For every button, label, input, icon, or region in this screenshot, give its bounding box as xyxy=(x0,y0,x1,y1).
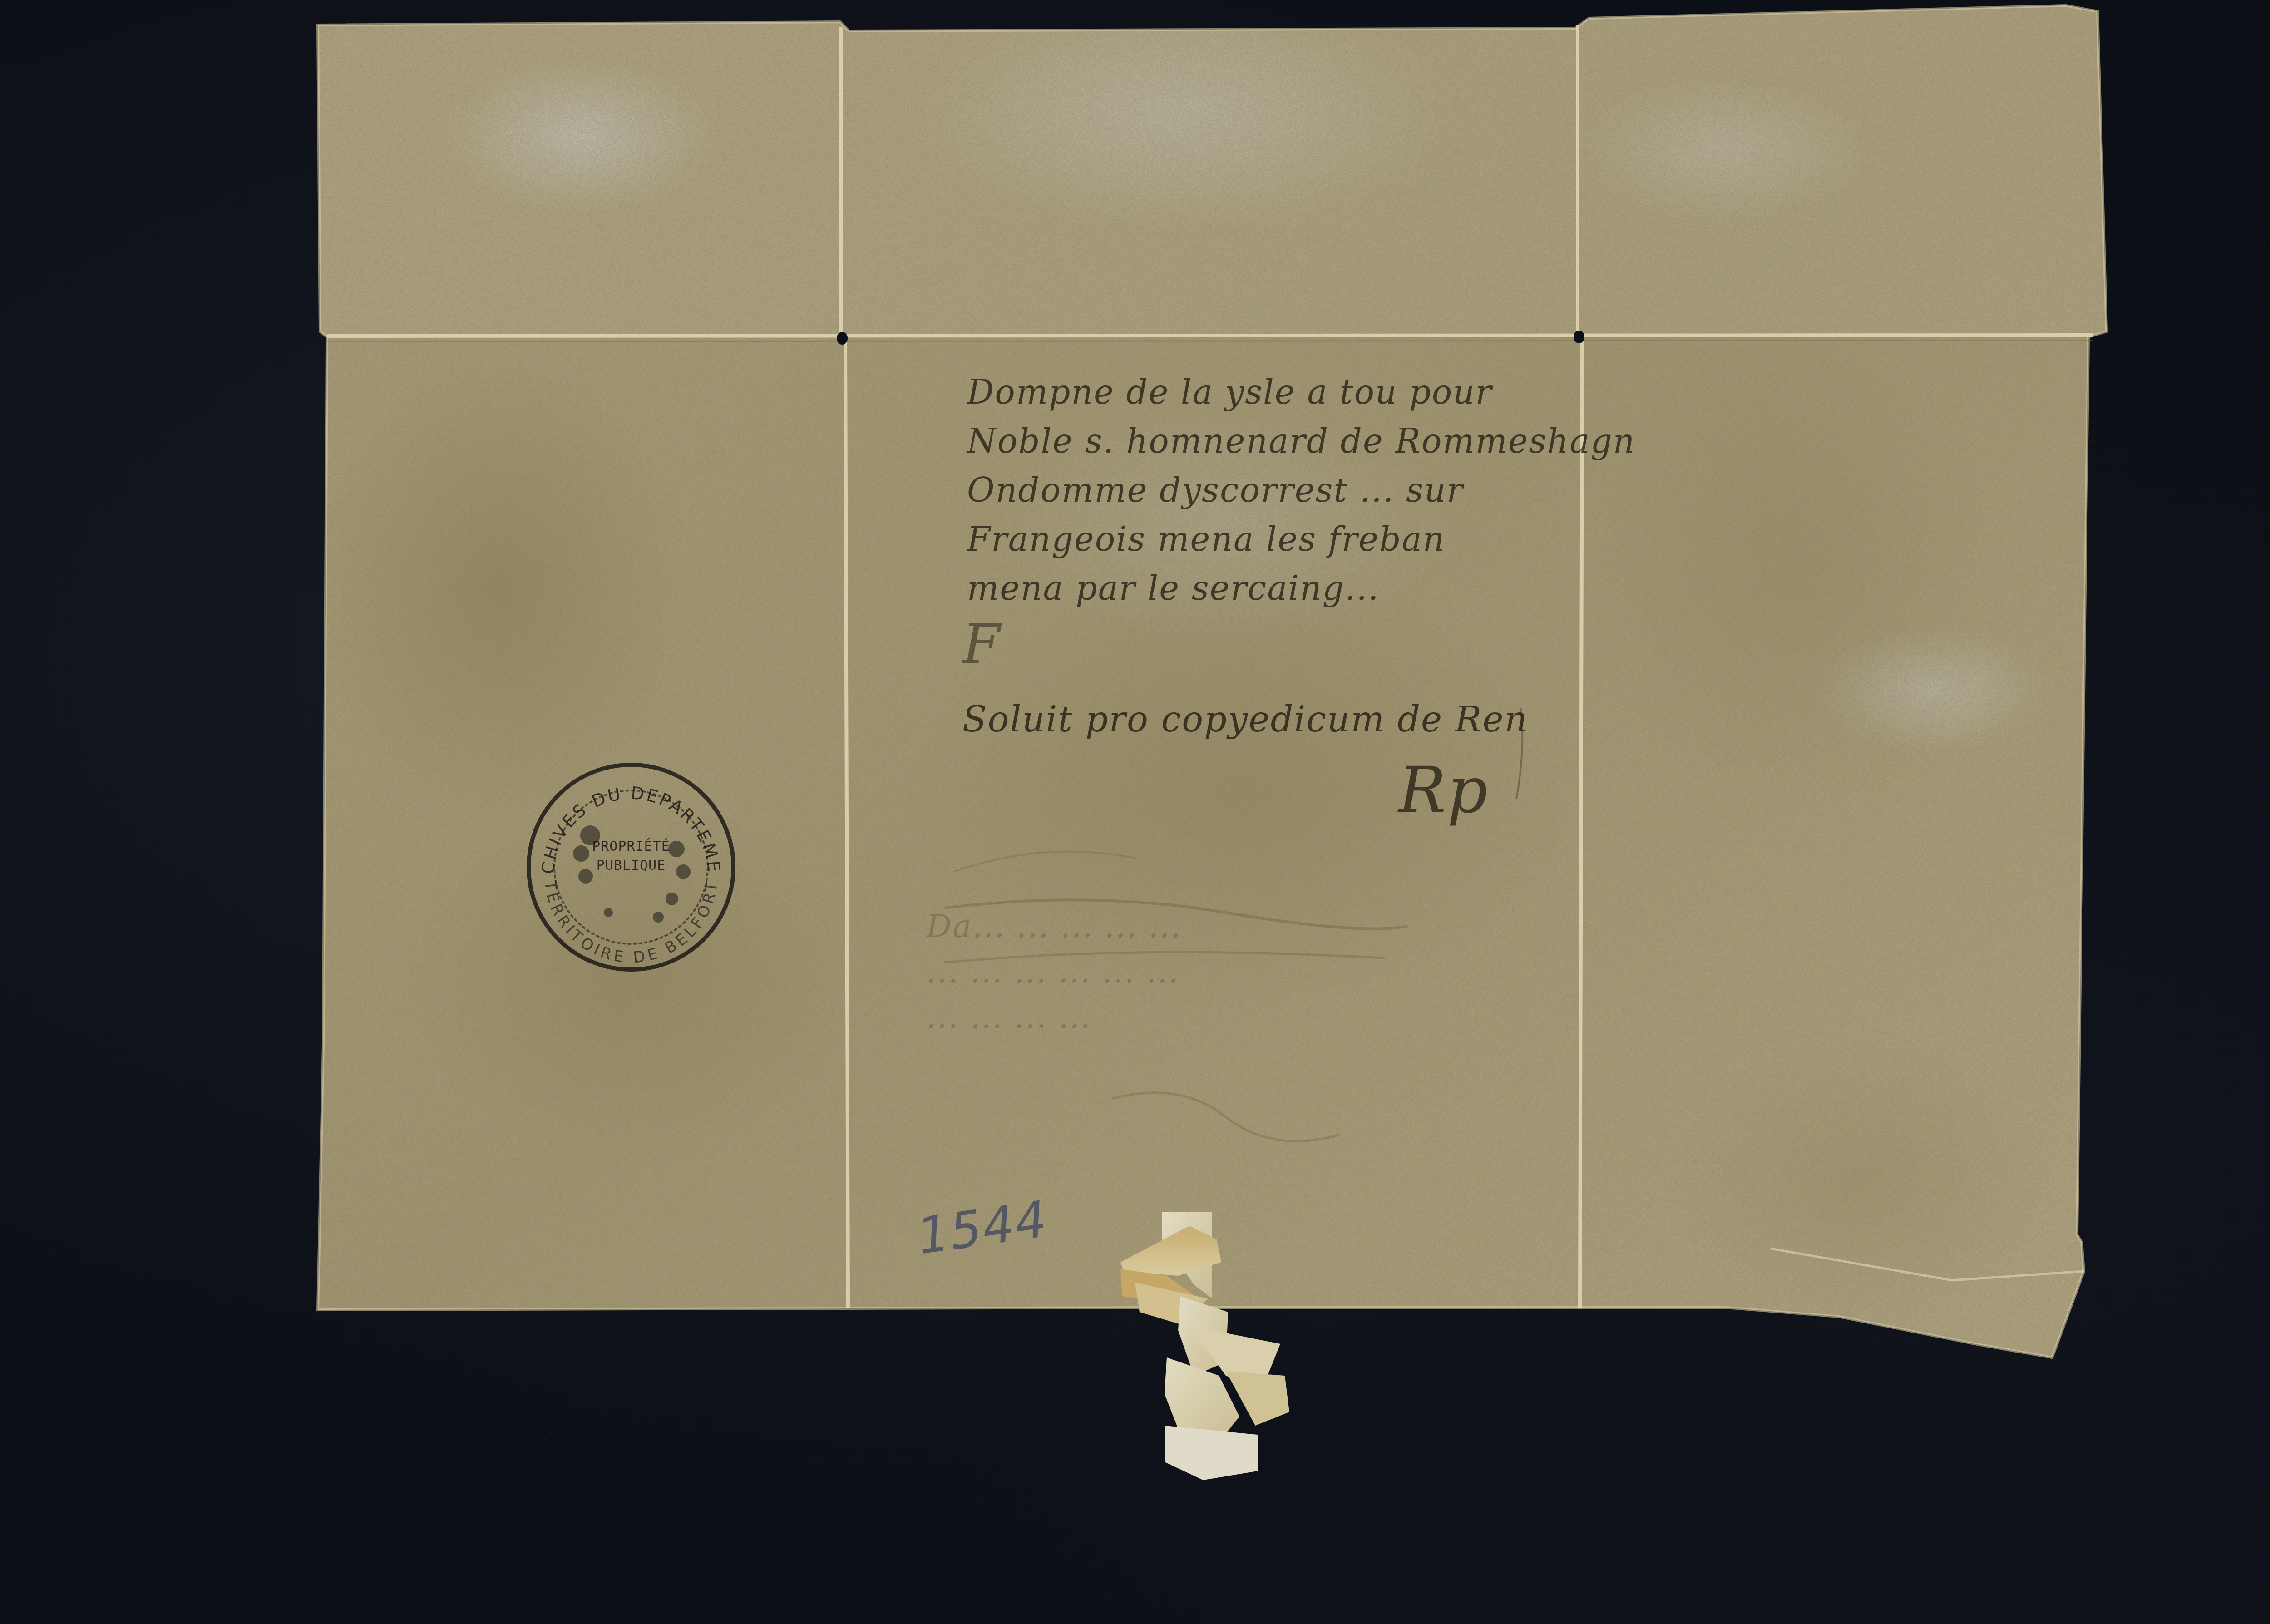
faded-notes: Da... ... ... ... ... ... ... ... ... ..… xyxy=(926,903,1182,1040)
endorsement-line: Frangeois mena les freban xyxy=(967,515,1635,564)
faded-line: ... ... ... ... xyxy=(926,994,1182,1040)
faded-line: ... ... ... ... ... ... xyxy=(926,949,1182,994)
parchment-tag-strip xyxy=(1090,1180,1453,1624)
endorsement-line: mena par le sercaing... xyxy=(967,564,1635,613)
stamp-center-text: PROPRIÉTÉ PUBLIQUE xyxy=(531,837,731,875)
endorsement-line: Noble s. homnenard de Rommeshagn xyxy=(967,417,1635,466)
stamp-center-line: PUBLIQUE xyxy=(531,856,731,875)
endorsement-line: Ondomme dyscorrest ... sur xyxy=(967,466,1635,515)
archive-stamp: ARCHIVES DU DEPARTEMENT TERRITOIRE DE BE… xyxy=(527,763,735,972)
stamp-center-line: PROPRIÉTÉ xyxy=(531,837,731,856)
endorsement-block: Dompne de la ysle a tou pour Noble s. ho… xyxy=(967,368,1635,613)
letter-mark: F xyxy=(962,613,1001,676)
endorsement-line: Dompne de la ysle a tou pour xyxy=(967,368,1635,417)
signature-mark: Rp xyxy=(1398,754,1489,828)
faded-line: Da... ... ... ... ... xyxy=(926,903,1182,949)
soluit-note: Soluit pro copyedicum de Ren xyxy=(962,699,1528,740)
